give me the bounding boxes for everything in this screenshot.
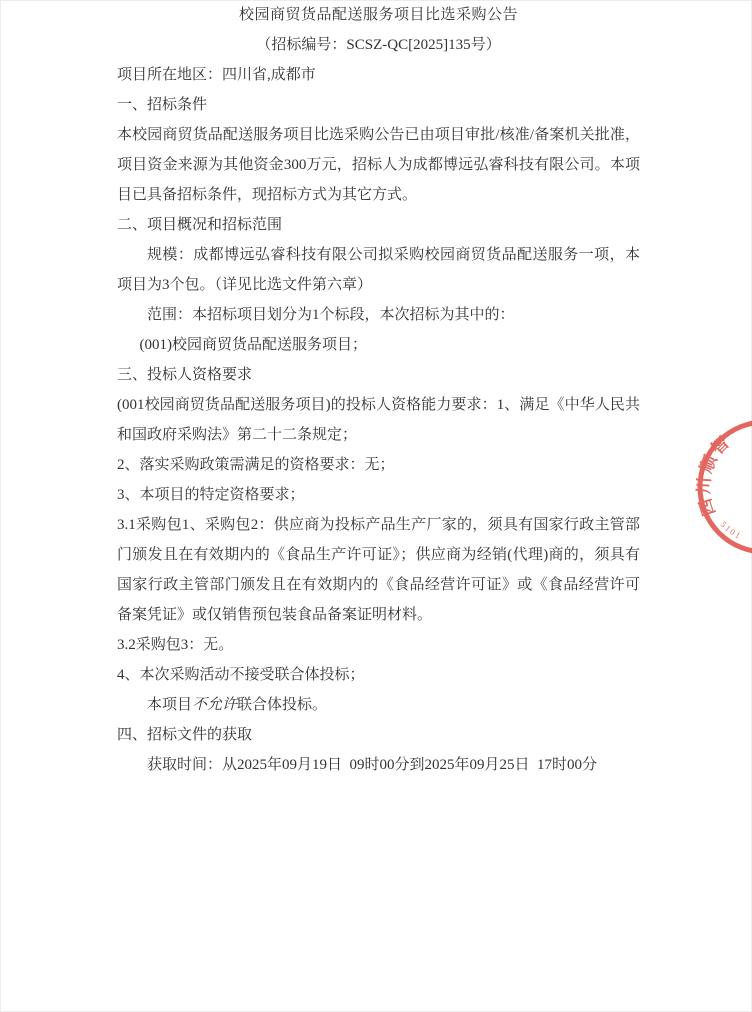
lot-line: (001)校园商贸货品配送服务项目； [117, 330, 640, 360]
seal-ring [700, 422, 752, 552]
specific-requirement: 3、本项目的特定资格要求； [117, 480, 640, 510]
scope-line: 范围：本招标项目划分为1个标段，本次招标为其中的： [117, 300, 640, 330]
document-page: 校园商贸货品配送服务项目比选采购公告 （招标编号：SCSZ-QC[2025]13… [0, 0, 752, 1012]
jv-italic-text: 不允许 [192, 697, 237, 713]
announcement-body: 校园商贸货品配送服务项目比选采购公告 （招标编号：SCSZ-QC[2025]13… [117, 0, 640, 780]
company-seal-stamp: 四川顺智投 5101 [688, 414, 752, 564]
policy-requirement: 2、落实采购政策需满足的资格要求：无； [117, 450, 640, 480]
seal-arc-text: 四川顺智投 [688, 414, 735, 518]
requirement-3-2: 3.2采购包3：无。 [117, 630, 640, 660]
requirement-4: 4、本次采购活动不接受联合体投标； [117, 660, 640, 690]
project-location: 项目所在地区：四川省,成都市 [117, 60, 640, 90]
seal-digits: 5101 [719, 519, 744, 541]
jv-prefix: 本项目 [147, 697, 192, 713]
doc-subtitle: （招标编号：SCSZ-QC[2025]135号） [117, 30, 640, 60]
scale-line: 规模：成都博远弘睿科技有限公司拟采购校园商贸货品配送服务一项，本项目为3个包。（… [117, 240, 640, 300]
qualification-intro: (001校园商贸货品配送服务项目)的投标人资格能力要求：1、满足《中华人民共和国… [117, 390, 640, 450]
jv-statement: 本项目不允许联合体投标。 [117, 690, 640, 720]
section1-heading: 一、招标条件 [117, 90, 640, 120]
obtain-time-line: 获取时间：从2025年09月19日 09时00分到2025年09月25日 17时… [117, 750, 640, 780]
section1-body: 本校园商贸货品配送服务项目比选采购公告已由项目审批/核准/备案机关批准，项目资金… [117, 120, 640, 210]
section3-heading: 三、投标人资格要求 [117, 360, 640, 390]
doc-title: 校园商贸货品配送服务项目比选采购公告 [117, 0, 640, 30]
section4-heading: 四、招标文件的获取 [117, 720, 640, 750]
section2-heading: 二、项目概况和招标范围 [117, 210, 640, 240]
requirement-3-1: 3.1采购包1、采购包2：供应商为投标产品生产厂家的，须具有国家行政主管部门颁发… [117, 510, 640, 630]
jv-suffix: 联合体投标。 [237, 697, 327, 713]
